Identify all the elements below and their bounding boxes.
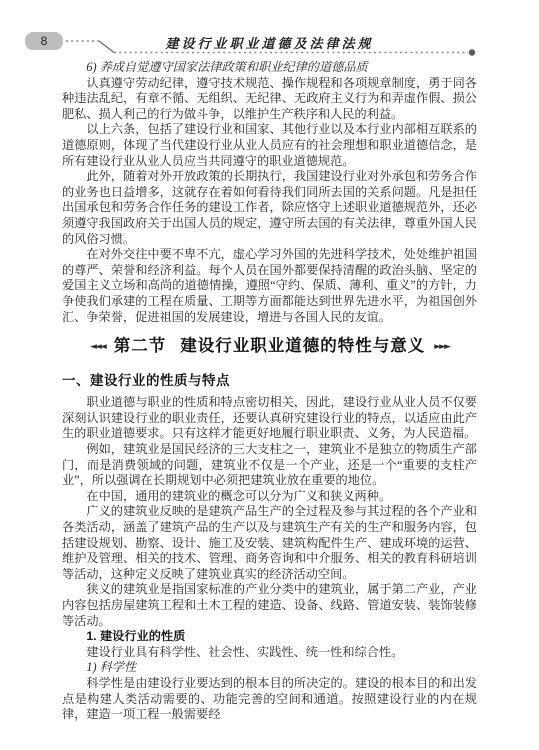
paragraph-scientific-nature: 科学性是由建设行业要达到的根本目的所决定的。建设的根本目的和出发点是构建人类活动… [62, 676, 477, 723]
paragraph-pillar-industry: 例如，建筑业是国民经济的三大支柱之一，建筑业不是独立的物质生产部门，而是消费领域… [62, 442, 477, 489]
section-title: 建设行业职业道德的特性与意义 [180, 336, 425, 355]
numbered-heading-nature: 1. 建设行业的性质 [62, 629, 477, 645]
sub-numbered-heading-scientific: 1) 科学性 [62, 660, 477, 676]
left-arrows-icon: ◄◄◄ [90, 342, 105, 352]
paragraph-ethics-relation: 职业道德与职业的性质和特点密切相关，因此，建设行业从业人员不仅要深刻认识建设行业… [62, 395, 477, 442]
book-page: 8 建设行业职业道德及法律法规 6) 养成自觉遵守国家法律政策和职业纪律的道德品… [0, 0, 539, 750]
paragraph-two-definitions: 在中国，通用的建筑业的概念可以分为广义和狭义两种。 [62, 489, 477, 505]
paragraph-six-principles: 以上六条，包括了建设行业和国家、其他行业以及本行业内部相互联系的道德原则，体现了… [62, 122, 477, 169]
paragraph-narrow-definition: 狭义的建筑业是指国家标准的产业分类中的建筑业，属于第二产业，产业内容包括房屋建筑… [62, 582, 477, 629]
page-header: 8 建设行业职业道德及法律法规 [0, 0, 539, 58]
paragraph-foreign-exchange: 在对外交往中要不卑不亢，虚心学习外国的先进科学技术，处处维护祖国的尊严、荣誉和经… [62, 247, 477, 325]
paragraph-discipline: 认真遵守劳动纪律，遵守技术规范、操作规程和各项规章制度，勇于同各种违法乱纪，有章… [62, 76, 477, 123]
subsection-heading: 一、建设行业的性质与特点 [62, 373, 477, 389]
running-head-title: 建设行业职业道德及法律法规 [0, 33, 539, 52]
section-heading: ◄◄◄第二节建设行业职业道德的特性与意义►►► [62, 338, 477, 358]
item-heading-6: 6) 养成自觉遵守国家法律政策和职业纪律的道德品质 [62, 60, 477, 76]
page-body: 6) 养成自觉遵守国家法律政策和职业纪律的道德品质 认真遵守劳动纪律，遵守技术规… [62, 60, 477, 723]
right-arrows-icon: ►►► [434, 342, 449, 352]
section-label: 第二节 [114, 336, 167, 355]
paragraph-five-attributes: 建设行业具有科学性、社会性、实践性、统一性和综合性。 [62, 645, 477, 661]
paragraph-broad-definition: 广义的建筑业反映的是建筑产品生产的全过程及参与其过程的各个产业和各类活动，涵盖了… [62, 504, 477, 582]
paragraph-opening-policy: 此外，随着对外开放政策的长期执行，我国建设行业对外承包和劳务合作的业务也日益增多… [62, 169, 477, 247]
